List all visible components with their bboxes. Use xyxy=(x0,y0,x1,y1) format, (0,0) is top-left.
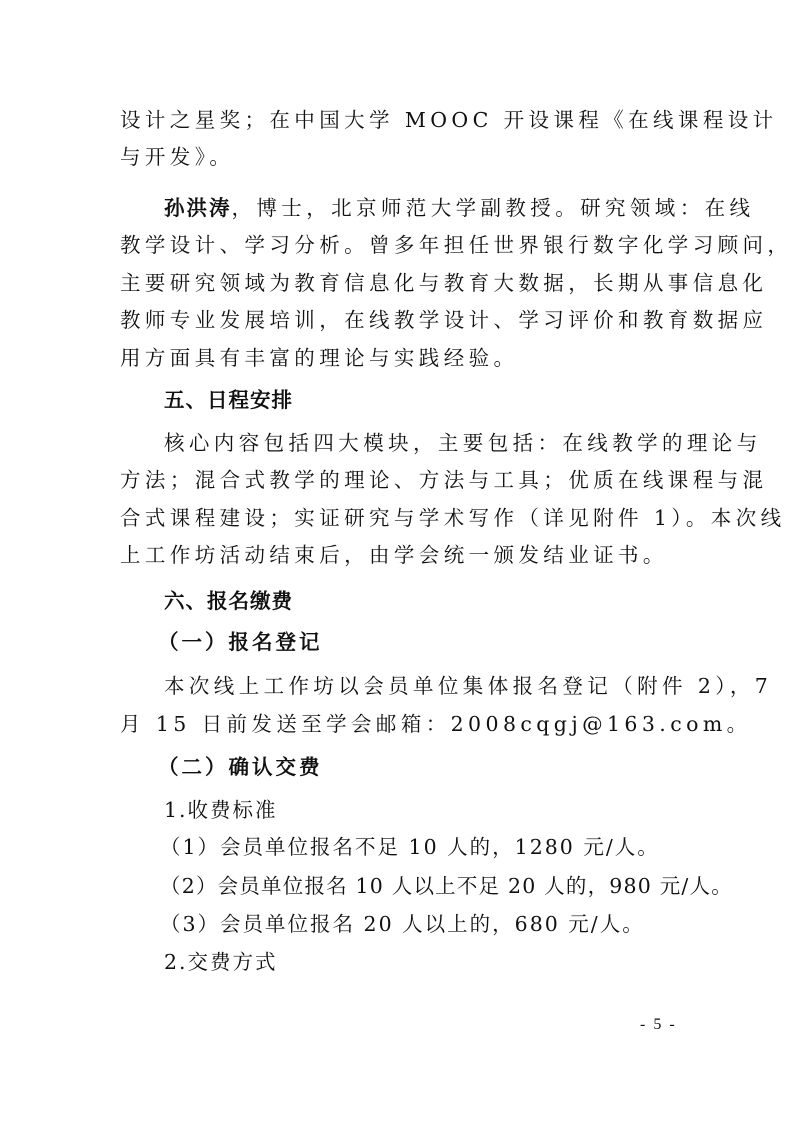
paragraph-line: 方法；混合式教学的理论、方法与工具；优质在线课程与混 xyxy=(120,466,676,494)
section-heading-registration: 六、报名缴费 xyxy=(120,587,676,615)
bio-text: ，博士，北京师范大学副教授。研究领域：在线 xyxy=(232,196,755,220)
paragraph-line: 核心内容包括四大模块，主要包括：在线教学的理论与 xyxy=(120,429,676,457)
paragraph-line: 教学设计、学习分析。曾多年担任世界银行数字化学习顾问， xyxy=(120,231,676,259)
paragraph-line: 与开发》。 xyxy=(120,143,676,171)
paragraph-line: 上工作坊活动结束后，由学会统一颁发结业证书。 xyxy=(120,541,676,569)
fee-item: （1）会员单位报名不足 10 人的，1280 元/人。 xyxy=(120,833,716,861)
fee-item: （3）会员单位报名 20 人以上的，680 元/人。 xyxy=(120,910,716,938)
paragraph-line: 教师专业发展培训，在线教学设计、学习评价和教育数据应 xyxy=(120,306,676,334)
paragraph-line: 设计之星奖；在中国大学 MOOC 开设课程《在线课程设计 xyxy=(120,106,676,134)
list-item-fee-standard: 1.收费标准 xyxy=(120,796,676,824)
subheading-payment: （二）确认交费 xyxy=(120,753,714,781)
fee-item: （2）会员单位报名 10 人以上不足 20 人的，980 元/人。 xyxy=(120,872,716,900)
page-number: - 5 - xyxy=(640,1016,677,1034)
paragraph-line: 主要研究领域为教育信息化与教育大数据，长期从事信息化 xyxy=(120,269,676,297)
paragraph-line: 本次线上工作坊以会员单位集体报名登记（附件 2），7 xyxy=(120,672,676,700)
paragraph-line-email: 月 15 日前发送至学会邮箱：2008cqgj@163.com。 xyxy=(120,710,676,738)
section-heading-schedule: 五、日程安排 xyxy=(120,386,676,414)
bio-paragraph-first-line: 孙洪涛，博士，北京师范大学副教授。研究领域：在线 xyxy=(120,194,676,222)
bio-name: 孙洪涛 xyxy=(164,196,232,220)
subheading-registration: （一）报名登记 xyxy=(120,628,714,656)
paragraph-line: 用方面具有丰富的理论与实践经验。 xyxy=(120,344,676,372)
list-item-payment-method: 2.交费方式 xyxy=(120,948,676,976)
paragraph-line: 合式课程建设；实证研究与学术写作（详见附件 1）。本次线 xyxy=(120,504,676,532)
